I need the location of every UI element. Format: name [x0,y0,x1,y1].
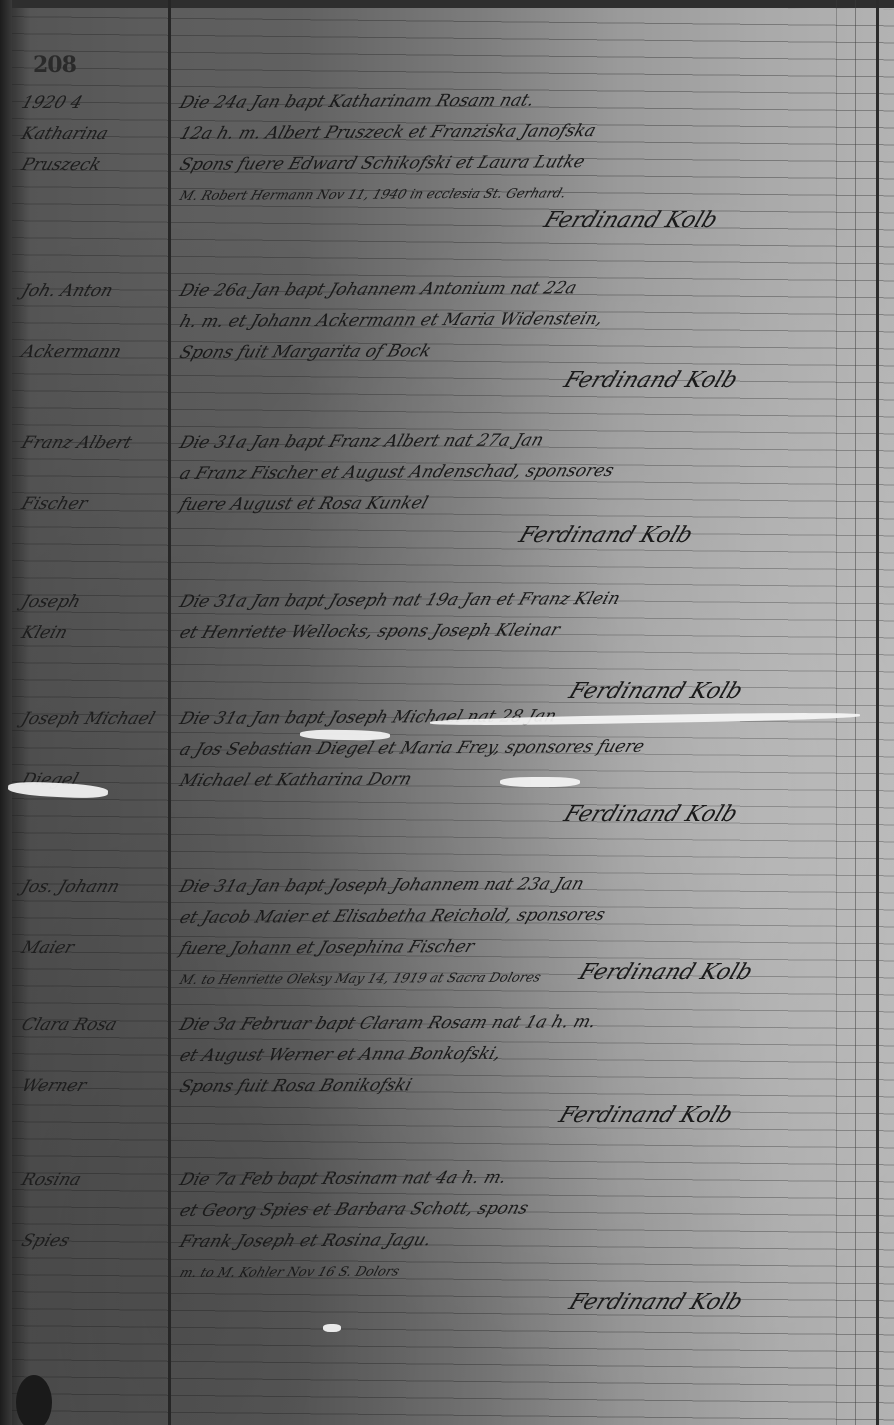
entry-margin-name: Rosina Spies [22,1165,167,1257]
entry-margin-name: Joh. Anton Ackermann [22,276,167,368]
entry-margin-name: Joseph Klein [22,587,167,649]
ink-blot [16,1375,52,1425]
priest-signature: Ferdinand Kolb [575,960,756,985]
entry-margin-name: Jos. Johann Maier [22,872,167,964]
scan-artifact [323,1324,341,1332]
entry-margin-name: Franz Albert Fischer [22,428,167,520]
entry-text: Die 31a Jan bapt Franz Albert nat 27a Ja… [180,428,860,521]
entry-text: Die 7a Feb bapt Rosinam nat 4a h. m. et … [180,1165,860,1289]
entry-margin-name: Clara Rosa Werner [22,1010,167,1102]
entry-text: Die 26a Jan bapt Johannem Antonium nat 2… [180,276,860,369]
right-border-rule [876,0,879,1425]
scan-top-edge [0,0,894,8]
priest-signature: Ferdinand Kolb [560,368,741,393]
entry-text: Die 31a Jan bapt Joseph Johannem nat 23a… [180,872,860,996]
binding-shadow [0,0,12,1425]
entry-text: Die 31a Jan bapt Joseph nat 19a Jan et F… [180,587,860,649]
priest-signature: Ferdinand Kolb [540,208,721,233]
entry-margin-name: 1920 4 Katharina Pruszeck [22,88,167,181]
priest-signature: Ferdinand Kolb [555,1103,736,1128]
register-page: 208 1920 4 Katharina Pruszeck Die 24a Ja… [0,0,894,1425]
priest-signature: Ferdinand Kolb [560,802,741,827]
priest-signature: Ferdinand Kolb [515,523,696,548]
entry-text: Die 3a Februar bapt Claram Rosam nat 1a … [180,1010,860,1103]
page-number: 208 [33,52,76,78]
priest-signature: Ferdinand Kolb [565,1290,746,1315]
scan-artifact [500,777,580,787]
entry-text: Die 24a Jan bapt Katharinam Rosam nat. 1… [180,88,860,212]
